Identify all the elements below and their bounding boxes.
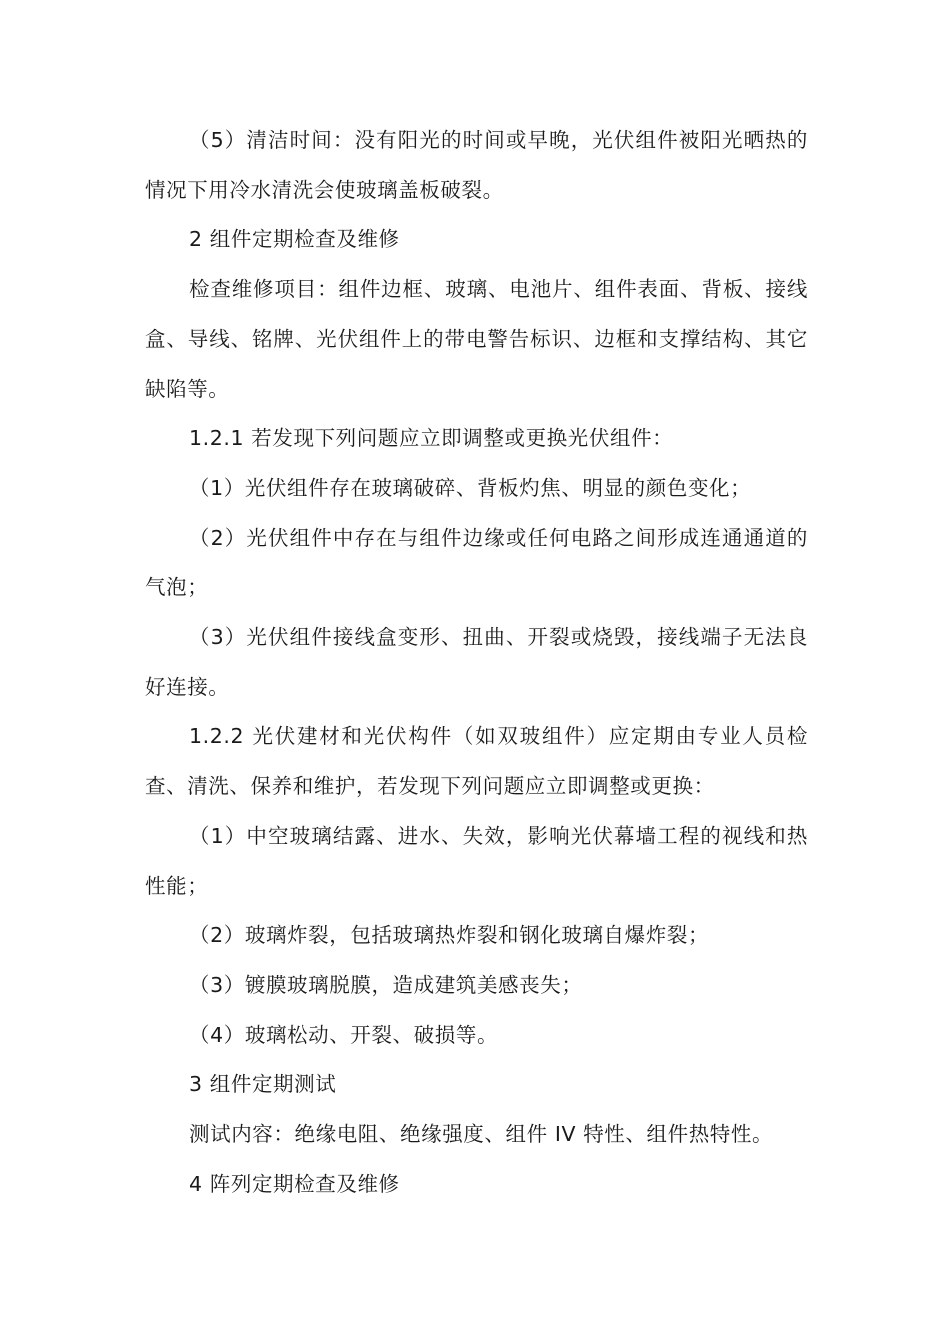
section-heading-module-testing: 3 组件定期测试 xyxy=(145,1060,808,1110)
paragraph-inspection-items: 检查维修项目：组件边框、玻璃、电池片、组件表面、背板、接线盒、导线、铭牌、光伏组… xyxy=(145,265,808,414)
section-heading-array-inspection: 4 阵列定期检查及维修 xyxy=(145,1160,808,1210)
list-item-glass-broken: （1）光伏组件存在玻璃破碎、背板灼焦、明显的颜色变化； xyxy=(145,464,808,514)
subsection-1-2-2: 1.2.2 光伏建材和光伏构件（如双玻组件）应定期由专业人员检查、清洗、保养和维… xyxy=(145,712,808,811)
list-item-bubbles: （2）光伏组件中存在与组件边缘或任何电路之间形成连通通道的气泡； xyxy=(145,514,808,613)
list-item-insulating-glass: （1）中空玻璃结露、进水、失效，影响光伏幕墙工程的视线和热性能； xyxy=(145,812,808,911)
document-page: （5）清洁时间：没有阳光的时间或早晚，光伏组件被阳光晒热的情况下用冷水清洗会使玻… xyxy=(145,116,808,1209)
paragraph-test-contents: 测试内容：绝缘电阻、绝缘强度、组件 IV 特性、组件热特性。 xyxy=(145,1110,808,1160)
list-item-glass-loose: （4）玻璃松动、开裂、破损等。 xyxy=(145,1011,808,1061)
list-item-glass-burst: （2）玻璃炸裂，包括玻璃热炸裂和钢化玻璃自爆炸裂； xyxy=(145,911,808,961)
subsection-1-2-1: 1.2.1 若发现下列问题应立即调整或更换光伏组件： xyxy=(145,414,808,464)
list-item-junction-box: （3）光伏组件接线盒变形、扭曲、开裂或烧毁，接线端子无法良好连接。 xyxy=(145,613,808,712)
list-item-coating-peel: （3）镀膜玻璃脱膜，造成建筑美感丧失； xyxy=(145,961,808,1011)
paragraph-cleaning-time: （5）清洁时间：没有阳光的时间或早晚，光伏组件被阳光晒热的情况下用冷水清洗会使玻… xyxy=(145,116,808,215)
section-heading-module-inspection: 2 组件定期检查及维修 xyxy=(145,215,808,265)
